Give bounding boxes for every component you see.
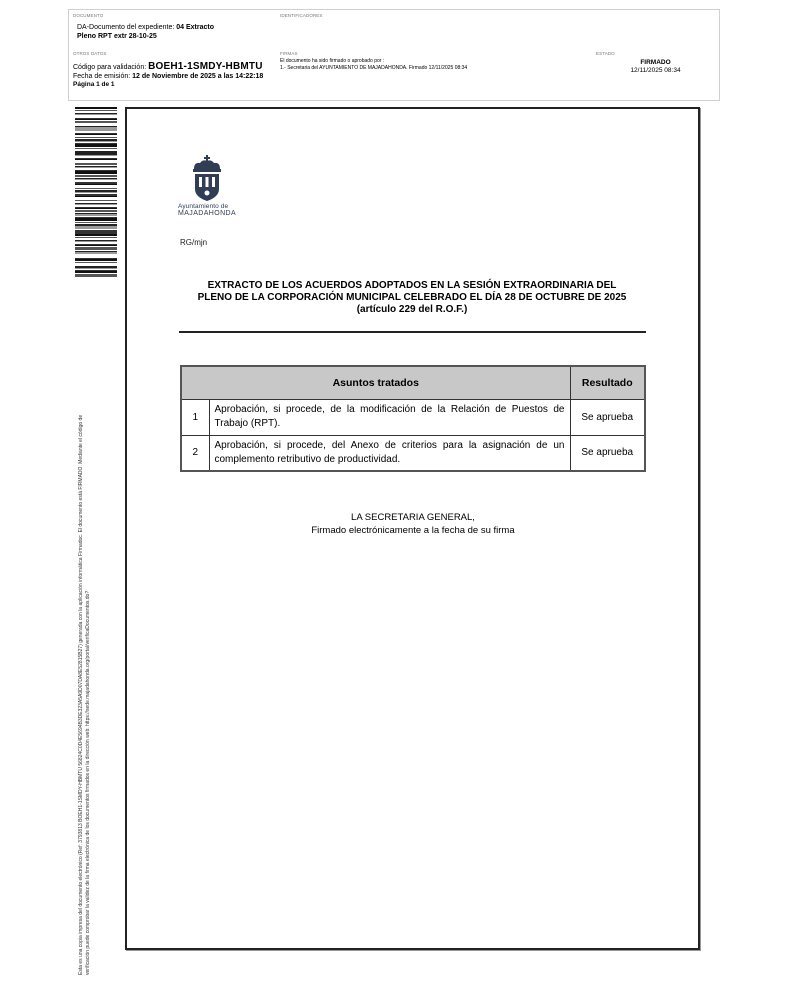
municipality-logo: Ayuntamiento de MAJADAHONDA [178,155,244,217]
barcode-icon [75,107,117,277]
identificadores-cell: IDENTIFICADORES [276,10,719,46]
documento-line1: DA-Documento del expediente: 04 Extracto [77,24,214,31]
estado-cell: ESTADO FIRMADO 12/11/2025 08:34 [592,48,719,100]
documento-cell: DOCUMENTO DA-Documento del expediente: 0… [69,10,276,46]
title-divider [179,331,646,333]
coat-of-arms-icon [190,155,224,201]
signature-title: LA SECRETARIA GENERAL, [250,511,576,524]
side-text-line2: verificación puede comprobar la validez … [85,295,92,975]
signature-block: LA SECRETARIA GENERAL, Firmado electróni… [250,511,576,537]
barcode-stripe [75,274,117,277]
row-resultado: Se aprueba [570,435,645,471]
title-line-3: (artículo 229 del R.O.F.) [178,304,646,316]
row-resultado: Se aprueba [570,399,645,435]
validation-code: BOEH1-1SMDY-HBMTU [148,61,263,72]
emission-date-line: Fecha de emisión: 12 de Noviembre de 202… [73,73,263,80]
agreements-table: Asuntos tratados Resultado 1 Aprobación,… [180,365,646,472]
table-row: 1 Aprobación, si procede, de la modifica… [181,399,645,435]
side-text-line1: Esta es una copia impresa del documento … [78,295,85,975]
otros-datos-label: OTROS DATOS [73,51,106,56]
estado-label: ESTADO [596,51,615,56]
signature-note: Firmado electrónicamente a la fecha de s… [250,524,576,537]
row-asunto: Aprobación, si procede, de la modificaci… [209,399,570,435]
row-asunto: Aprobación, si procede, del Anexo de cri… [209,435,570,471]
header-resultado: Resultado [570,366,645,399]
table-header-row: Asuntos tratados Resultado [181,366,645,399]
firmante-entry: 1.- Secretaria del AYUNTAMIENTO DE MAJAD… [280,65,467,71]
firmas-intro: El documento ha sido firmado o aprobado … [280,58,384,64]
identificadores-label: IDENTIFICADORES [280,13,323,18]
documento-label: DOCUMENTO [73,13,103,18]
status-date: 12/11/2025 08:34 [592,67,719,74]
document-title: EXTRACTO DE LOS ACUERDOS ADOPTADOS EN LA… [178,280,646,316]
title-line-2: PLENO DE LA CORPORACIÓN MUNICIPAL CELEBR… [178,292,646,304]
table-row: 2 Aprobación, si procede, del Anexo de c… [181,435,645,471]
logo-text-line1: Ayuntamiento de [178,203,244,210]
document-reference: RG/mjn [180,238,207,247]
firmas-label: FIRMAS [280,51,298,56]
row-number: 1 [181,399,209,435]
documento-line2: Pleno RPT extr 28-10-25 [77,33,157,40]
logo-text-line2: MAJADAHONDA [178,210,244,217]
header-asuntos: Asuntos tratados [181,366,570,399]
page-count: Página 1 de 1 [73,81,115,88]
title-line-1: EXTRACTO DE LOS ACUERDOS ADOPTADOS EN LA… [178,280,646,292]
validation-code-line: Código para validación: BOEH1-1SMDY-HBMT… [73,61,263,72]
otros-datos-cell: OTROS DATOS Código para validación: BOEH… [69,48,276,100]
emission-date: 12 de Noviembre de 2025 a las 14:22:18 [132,73,263,80]
status-badge: FIRMADO [592,59,719,66]
firmas-cell: FIRMAS El documento ha sido firmado o ap… [276,48,592,100]
verification-side-text: Esta es una copia impresa del documento … [78,295,92,975]
row-number: 2 [181,435,209,471]
document-metadata-header: DOCUMENTO DA-Documento del expediente: 0… [68,9,720,101]
